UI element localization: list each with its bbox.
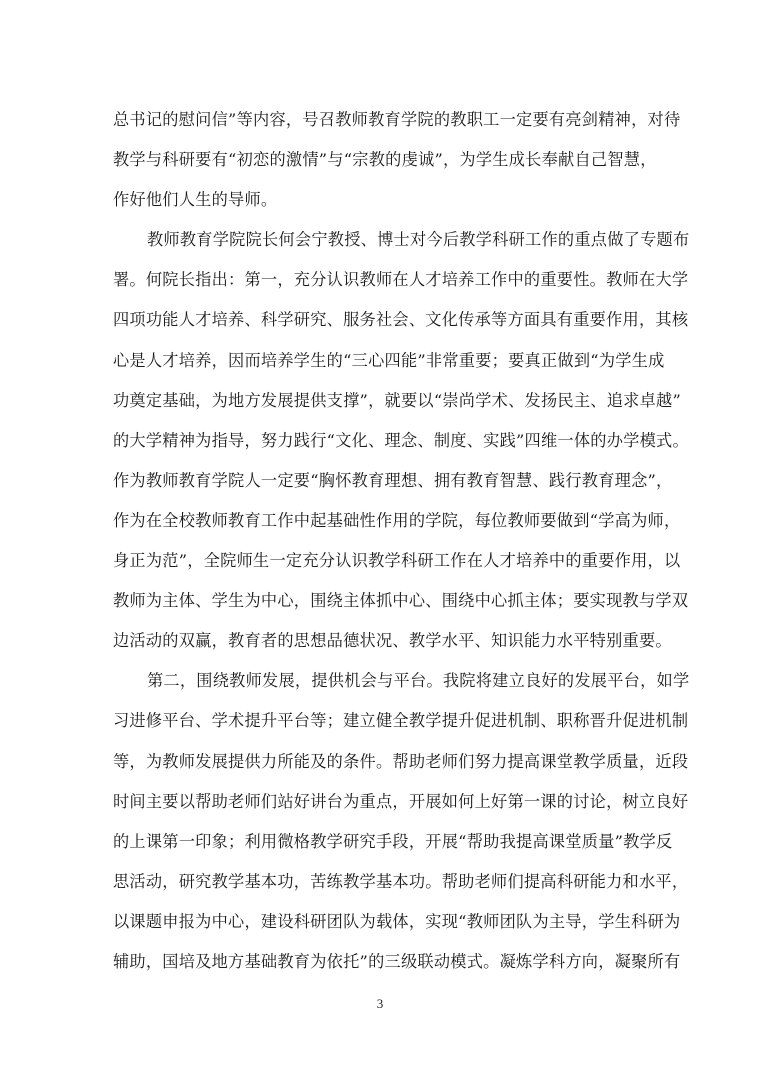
text-line: 教师为主体、学生为中心，围绕主体抓中心、围绕中心抓主体；要实现教与学双 <box>113 581 647 621</box>
page-number: 3 <box>0 996 760 1012</box>
text-line: 思活动，研究教学基本功，苦练教学基本功。帮助老师们提高科研能力和水平， <box>113 862 647 902</box>
text-line: 心是人才培养，因而培养学生的“三心四能”非常重要；要真正做到“为学生成 <box>113 341 647 381</box>
text-line: 辅助，国培及地方基础教育为依托”的三级联动模式。凝炼学科方向，凝聚所有 <box>113 942 647 982</box>
text-line: 的上课第一印象；利用微格教学研究手段，开展“帮助我提高课堂质量”教学反 <box>113 822 647 862</box>
text-line: 身正为范”，全院师生一定充分认识教学科研工作在人才培养中的重要作用，以 <box>113 541 647 581</box>
text-line: 教学与科研要有“初恋的激情”与“宗教的虔诚”，为学生成长奉献自己智慧， <box>113 140 647 180</box>
text-line: 习进修平台、学术提升平台等；建立健全教学提升促进机制、职称晋升促进机制 <box>113 701 647 741</box>
text-line: 功奠定基础，为地方发展提供支撑”，就要以“崇尚学术、发扬民主、追求卓越” <box>113 381 647 421</box>
text-line: 总书记的慰问信”等内容，号召教师教育学院的教职工一定要有亮剑精神，对待 <box>113 100 647 140</box>
text-line: 的大学精神为指导，努力践行“文化、理念、制度、实践”四维一体的办学模式。 <box>113 421 647 461</box>
text-line: 四项功能人才培养、科学研究、服务社会、文化传承等方面具有重要作用，其核 <box>113 300 647 340</box>
paragraph-first-line: 第二，围绕教师发展，提供机会与平台。我院将建立良好的发展平台，如学 <box>113 661 647 701</box>
text-line: 以课题申报为中心，建设科研团队为载体，实现“教师团队为主导，学生科研为 <box>113 902 647 942</box>
document-page: 总书记的慰问信”等内容，号召教师教育学院的教职工一定要有亮剑精神，对待 教学与科… <box>0 0 760 1074</box>
text-line: 作为教师教育学院人一定要“胸怀教育理想、拥有教育智慧、践行教育理念”， <box>113 461 647 501</box>
text-line: 边活动的双赢，教育者的思想品德状况、教学水平、知识能力水平特别重要。 <box>113 621 647 661</box>
body-text: 总书记的慰问信”等内容，号召教师教育学院的教职工一定要有亮剑精神，对待 教学与科… <box>113 100 647 982</box>
text-line: 等，为教师发展提供力所能及的条件。帮助老师们努力提高课堂教学质量，近段 <box>113 742 647 782</box>
text-line: 作好他们人生的导师。 <box>113 180 647 220</box>
text-line: 时间主要以帮助老师们站好讲台为重点，开展如何上好第一课的讨论，树立良好 <box>113 782 647 822</box>
paragraph-first-line: 教师教育学院院长何会宁教授、博士对今后教学科研工作的重点做了专题布 <box>113 220 647 260</box>
text-line: 署。何院长指出：第一，充分认识教师在人才培养工作中的重要性。教师在大学 <box>113 260 647 300</box>
text-line: 作为在全校教师教育工作中起基础性作用的学院，每位教师要做到“学高为师， <box>113 501 647 541</box>
